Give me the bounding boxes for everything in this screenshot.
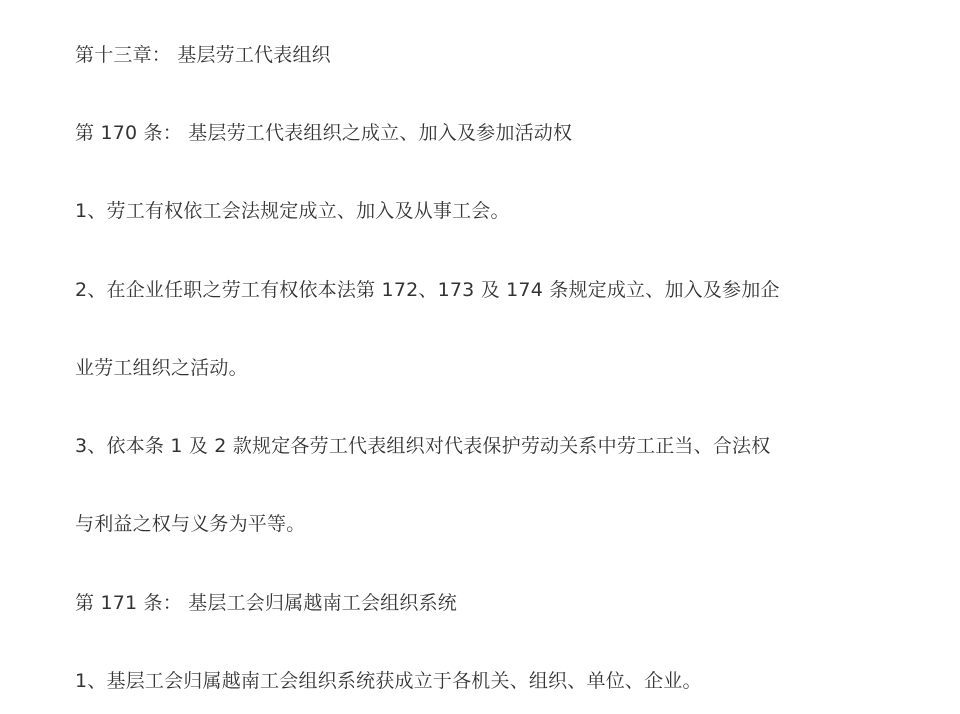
clause-paragraph: 1、基层工会归属越南工会组织系统获成立于各机关、组织、单位、企业。 xyxy=(75,669,702,693)
clause-continuation: 业劳工组织之活动。 xyxy=(75,356,248,380)
clause-continuation: 与利益之权与义务为平等。 xyxy=(75,512,305,536)
clause-paragraph: 1、劳工有权依工会法规定成立、加入及从事工会。 xyxy=(75,199,510,223)
clause-paragraph: 2、在企业任职之劳工有权依本法第 172、173 及 174 条规定成立、加入及… xyxy=(75,278,780,302)
article-heading: 第 170 条： 基层劳工代表组织之成立、加入及参加活动权 xyxy=(75,121,572,145)
clause-paragraph: 3、依本条 1 及 2 款规定各劳工代表组织对代表保护劳动关系中劳工正当、合法权 xyxy=(75,434,770,458)
article-heading: 第 171 条： 基层工会归属越南工会组织系统 xyxy=(75,591,457,615)
chapter-heading: 第十三章： 基层劳工代表组织 xyxy=(75,43,331,67)
